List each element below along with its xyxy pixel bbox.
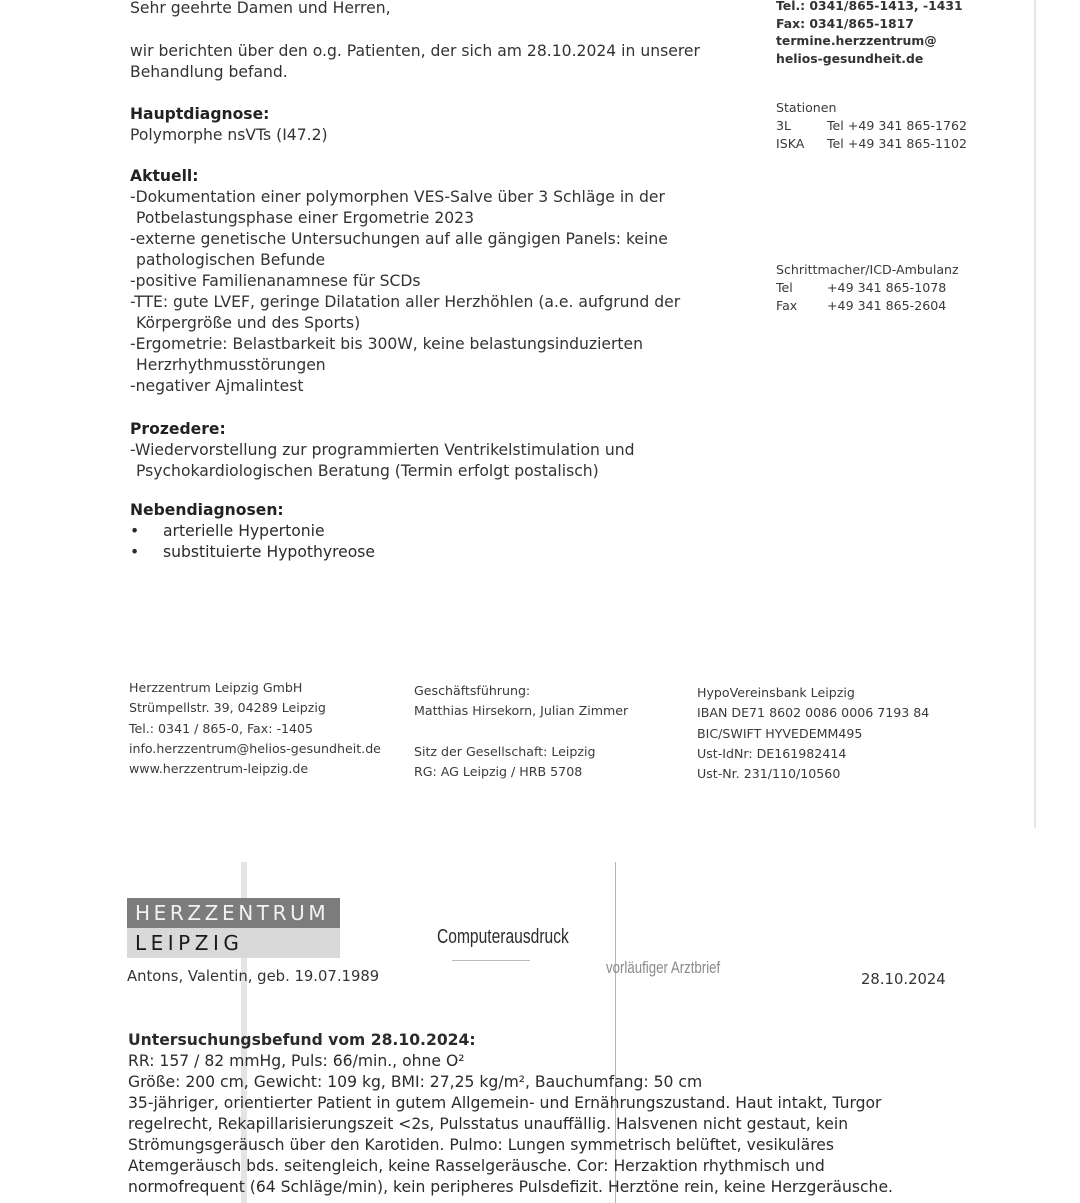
aktuell-line: Herzrhythmusstörungen	[130, 355, 750, 376]
exam-line: Größe: 200 cm, Gewicht: 109 kg, BMI: 27,…	[128, 1072, 893, 1093]
logo-line-2: LEIPZIG	[127, 928, 340, 958]
nebendiagnose-item: • substituierte Hypothyreose	[130, 542, 750, 563]
exam-line: 35-jähriger, orientierter Patient in gut…	[128, 1093, 893, 1114]
aktuell-line: -TTE: gute LVEF, geringe Dilatation alle…	[130, 292, 750, 313]
contact-tel: Tel.: 0341/865-1413, -1431	[776, 0, 986, 15]
stationen-heading: Stationen	[776, 99, 986, 117]
contact-email: helios-gesundheit.de	[776, 50, 986, 68]
aktuell-line: -positive Familienanamnese für SCDs	[130, 271, 750, 292]
footer-bank: HypoVereinsbank Leipzig IBAN DE71 8602 0…	[697, 683, 929, 784]
aktuell-line: Körpergröße und des Sports)	[130, 313, 750, 334]
aktuell-line: -externe genetische Untersuchungen auf a…	[130, 229, 750, 250]
aktuell-line: pathologischen Befunde	[130, 250, 750, 271]
exam-line: Strömungsgeräusch über den Karotiden. Pu…	[128, 1135, 893, 1156]
nebendiagnose-item: • arterielle Hypertonie	[130, 521, 750, 542]
aktuell-line: -Dokumentation einer polymorphen VES-Sal…	[130, 187, 750, 208]
exam-line: Atemgeräusch bds. seitengleich, keine Ra…	[128, 1156, 893, 1177]
intro-line: Behandlung befand.	[130, 62, 750, 83]
nebendiagnosen-heading: Nebendiagnosen:	[130, 500, 750, 521]
letter-body: Sehr geehrte Damen und Herren, wir beric…	[130, 0, 750, 563]
herzzentrum-logo: HERZZENTRUM LEIPZIG	[127, 898, 340, 958]
exam-line: RR: 157 / 82 mmHg, Puls: 66/min., ohne O…	[128, 1051, 893, 1072]
footer-company: Herzzentrum Leipzig GmbH Strümpellstr. 3…	[129, 678, 381, 779]
exam-line: regelrecht, Rekapillarisierungszeit <2s,…	[128, 1114, 893, 1135]
aktuell-heading: Aktuell:	[130, 166, 750, 187]
prozedere-line: -Wiedervorstellung zur programmierten Ve…	[130, 440, 750, 461]
aktuell-line: -Ergometrie: Belastbarkeit bis 300W, kei…	[130, 334, 750, 355]
stamp-vorlaeufiger-arztbrief: vorläufiger Arztbrief	[606, 958, 720, 978]
ambulanz-heading: Schrittmacher/ICD-Ambulanz	[776, 261, 986, 279]
stamp-underline	[452, 960, 530, 961]
prozedere-line: Psychokardiologischen Beratung (Termin e…	[130, 461, 750, 482]
ambulanz-row: Tel +49 341 865-1078	[776, 279, 986, 297]
ambulanz-row: Fax +49 341 865-2604	[776, 297, 986, 315]
bullet-icon: •	[130, 542, 163, 563]
intro-line: wir berichten über den o.g. Patienten, d…	[130, 41, 750, 62]
exam-line: normofrequent (64 Schläge/min), kein per…	[128, 1177, 893, 1198]
exam-heading: Untersuchungsbefund vom 28.10.2024:	[128, 1030, 893, 1051]
stamp-computerausdruck: Computerausdruck	[437, 926, 569, 949]
exam-section: Untersuchungsbefund vom 28.10.2024: RR: …	[128, 1030, 893, 1198]
footer-email: info.herzzentrum@helios-gesundheit.de	[129, 739, 381, 759]
contact-column: Tel.: 0341/865-1413, -1431 Fax: 0341/865…	[776, 0, 986, 315]
station-row: ISKA Tel +49 341 865-1102	[776, 135, 986, 153]
contact-email: termine.herzzentrum@	[776, 32, 986, 50]
footer-management: Geschäftsführung: Matthias Hirsekorn, Ju…	[414, 681, 628, 782]
letter-date: 28.10.2024	[861, 970, 946, 990]
bullet-icon: •	[130, 521, 163, 542]
scan-edge-line	[1034, 0, 1036, 828]
patient-info: Antons, Valentin, geb. 19.07.1989	[127, 967, 379, 987]
aktuell-list: -Dokumentation einer polymorphen VES-Sal…	[130, 187, 750, 397]
aktuell-line: Potbelastungsphase einer Ergometrie 2023	[130, 208, 750, 229]
station-row: 3L Tel +49 341 865-1762	[776, 117, 986, 135]
salutation: Sehr geehrte Damen und Herren,	[130, 0, 750, 19]
prozedere-heading: Prozedere:	[130, 419, 750, 440]
contact-fax: Fax: 0341/865-1817	[776, 15, 986, 33]
hauptdiagnose-heading: Hauptdiagnose:	[130, 104, 750, 125]
hauptdiagnose-text: Polymorphe nsVTs (I47.2)	[130, 125, 750, 146]
aktuell-line: -negativer Ajmalintest	[130, 376, 750, 397]
logo-line-1: HERZZENTRUM	[127, 898, 340, 928]
footer-website: www.herzzentrum-leipzig.de	[129, 759, 381, 779]
